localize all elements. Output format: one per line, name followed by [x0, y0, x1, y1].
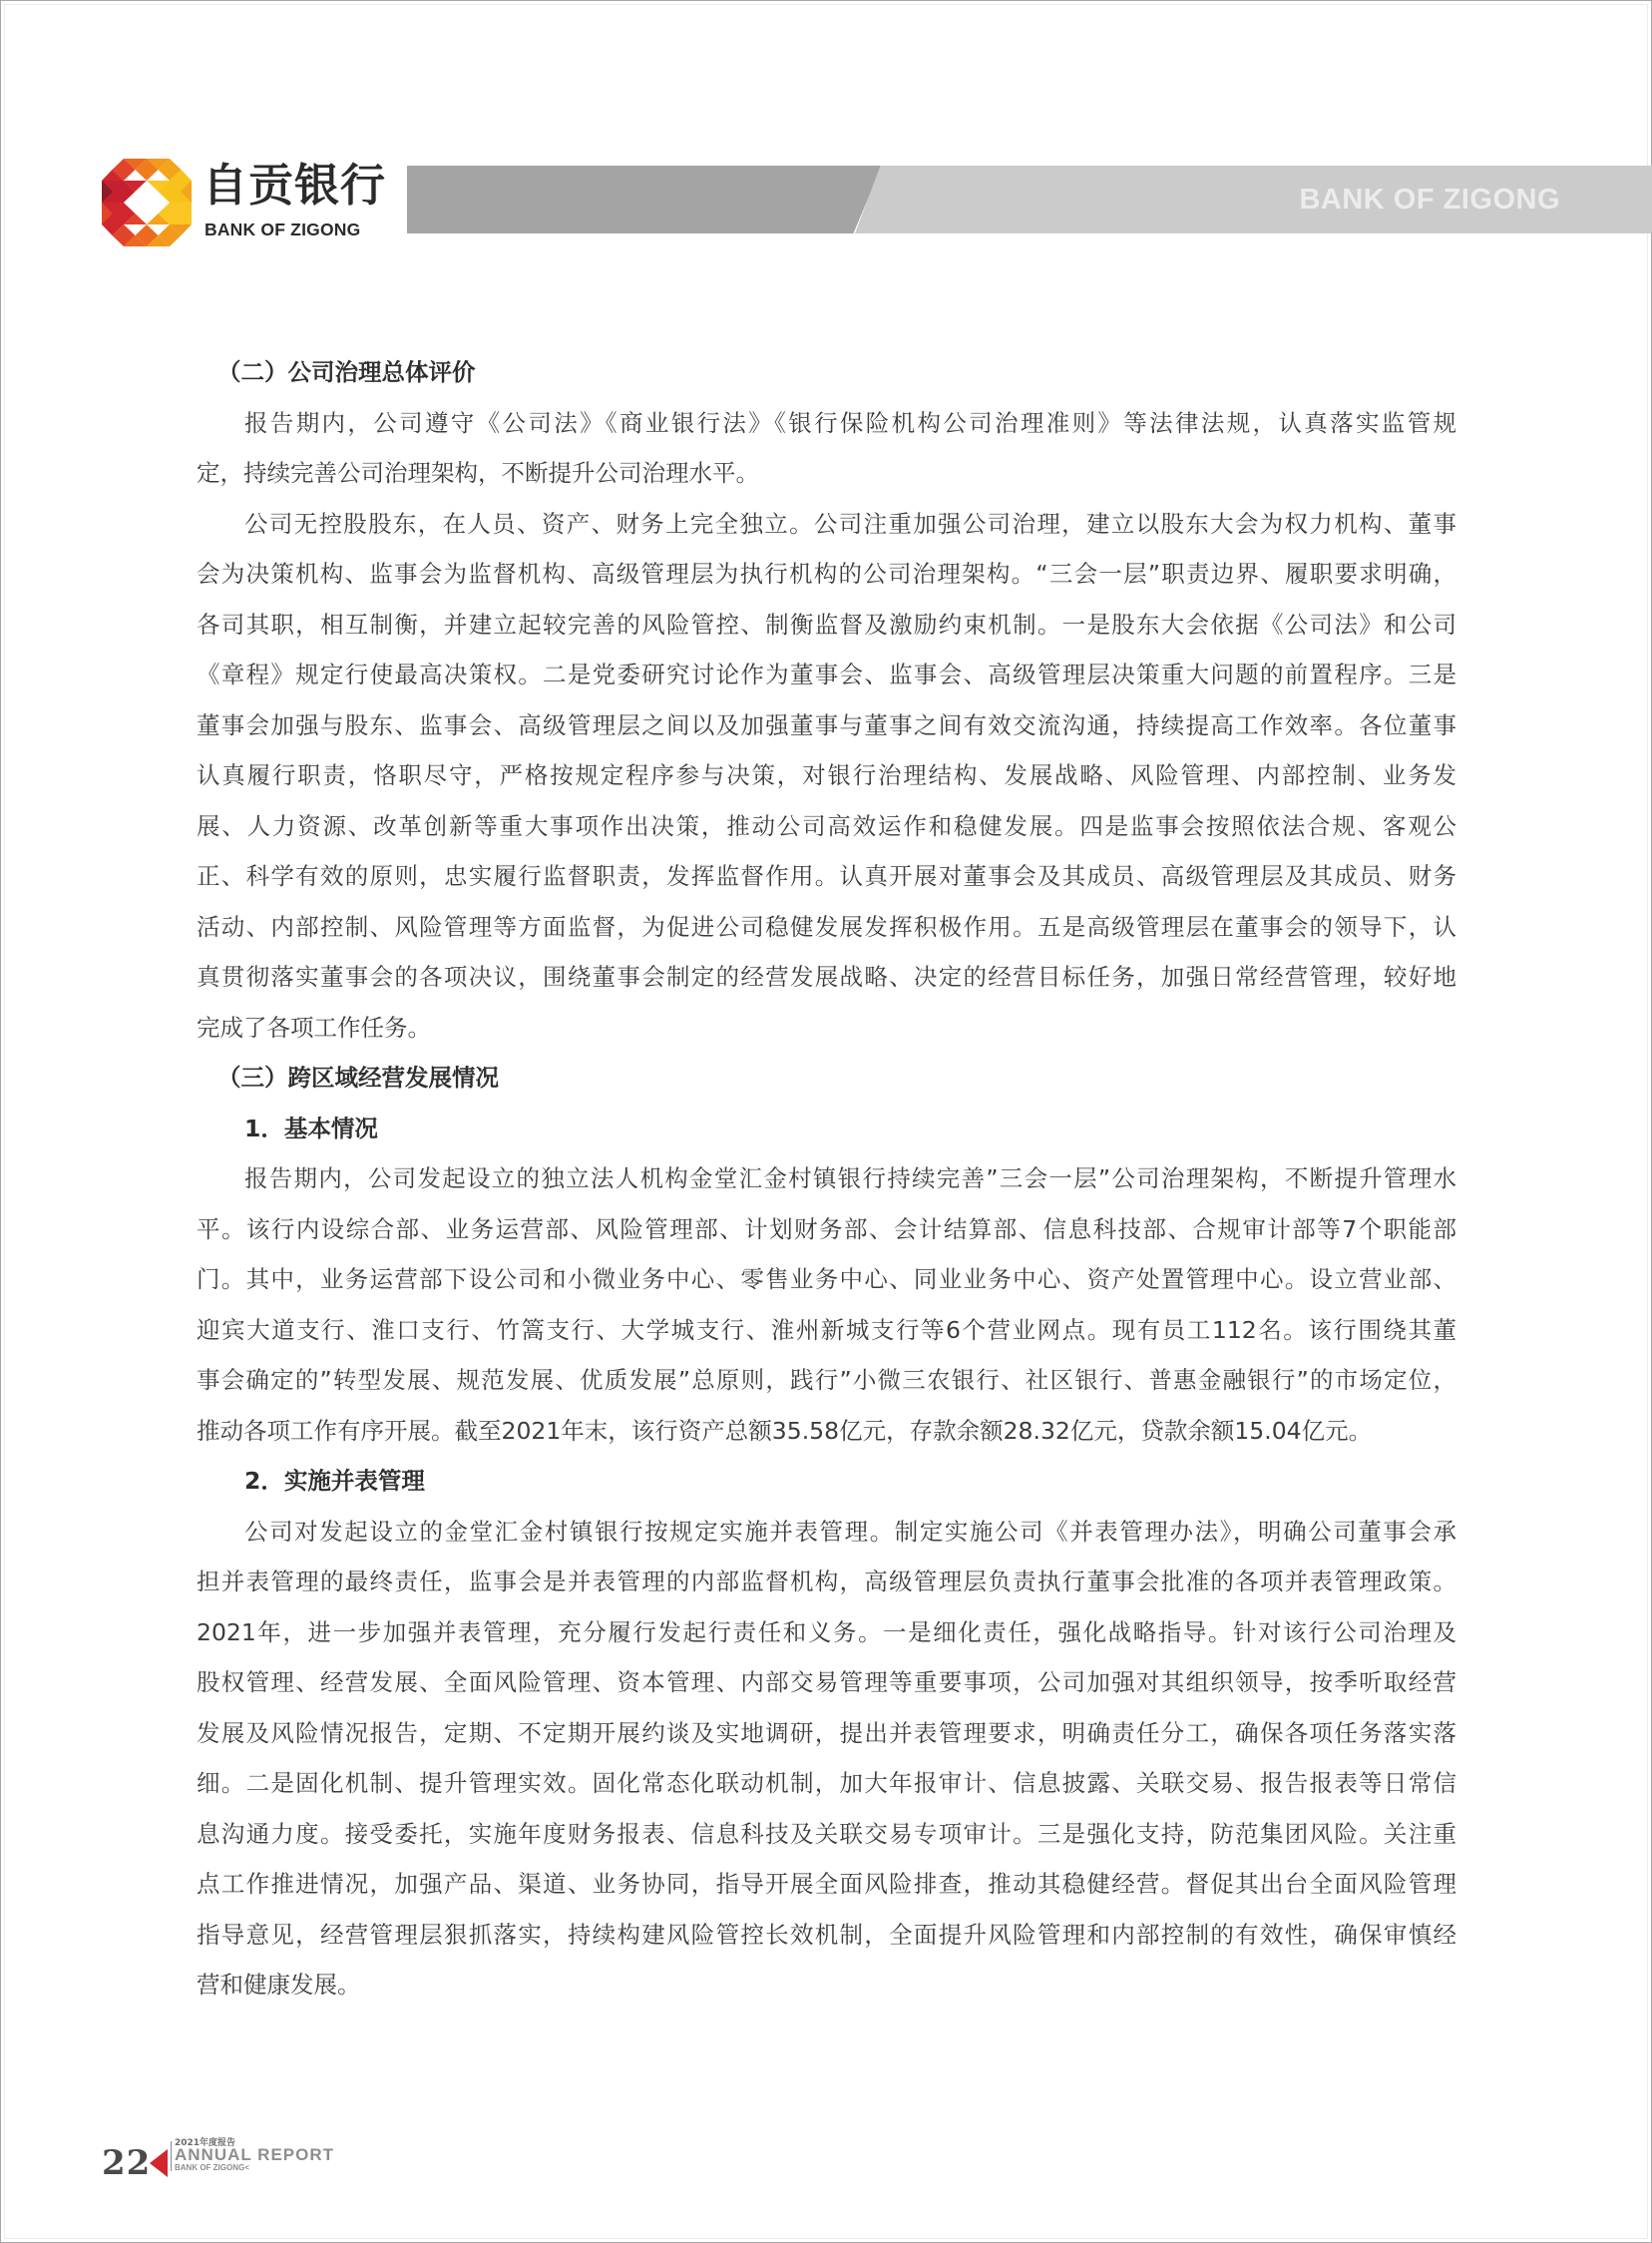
text-line: 报告期内，公司遵守《公司法》《商业银行法》《银行保险机构公司治理准则》等法律法规…: [197, 398, 1456, 449]
text-line: 认真履行职责，恪职尽守，严格按规定程序参与决策，对银行治理结构、发展战略、风险管…: [197, 750, 1456, 801]
text-line: 发展及风险情况报告，定期、不定期开展约谈及实地调研，提出并表管理要求，明确责任分…: [197, 1708, 1456, 1759]
text-line: 推动各项工作有序开展。截至2021年末，该行资产总额35.58亿元，存款余额28…: [197, 1406, 1456, 1457]
section-heading-governance-evaluation: （二）公司治理总体评价: [197, 347, 1456, 398]
bank-logo-icon: [102, 159, 192, 246]
text-line: 事会确定的”转型发展、规范发展、优质发展”总原则，践行”小微三农银行、社区银行、…: [197, 1355, 1456, 1406]
page-number: 22: [102, 2145, 151, 2181]
text-line: 细。二是固化机制、提升管理实效。固化常态化联动机制，加大年报审计、信息披露、关联…: [197, 1758, 1456, 1809]
text-line: 《章程》规定行使最高决策权。二是党委研究讨论作为董事会、监事会、高级管理层决策重…: [197, 650, 1456, 700]
text-line: 展、人力资源、改革创新等重大事项作出决策，推动公司高效运作和稳健发展。四是监事会…: [197, 801, 1456, 852]
header-band-text: BANK OF ZIGONG: [1299, 181, 1560, 219]
paragraph-governance-structure: 公司无控股股东，在人员、资产、财务上完全独立。公司注重加强公司治理，建立以股东大…: [197, 499, 1456, 1054]
text-line: 公司对发起设立的金堂汇金村镇银行按规定实施并表管理。制定实施公司《并表管理办法》…: [197, 1507, 1456, 1558]
paragraph-governance-compliance: 报告期内，公司遵守《公司法》《商业银行法》《银行保险机构公司治理准则》等法律法规…: [197, 398, 1456, 499]
text-line: 完成了各项工作任务。: [197, 1003, 1456, 1054]
text-line: 各司其职，相互制衡，并建立起较完善的风险管控、制衡监督及激励约束机制。一是股东大…: [197, 600, 1456, 651]
text-line: 公司无控股股东，在人员、资产、财务上完全独立。公司注重加强公司治理，建立以股东大…: [197, 499, 1456, 550]
text-line: 定，持续完善公司治理架构，不断提升公司治理水平。: [197, 448, 1456, 499]
text-line: 点工作推进情况，加强产品、渠道、业务协同，指导开展全面风险排查，推动其稳健经营。…: [197, 1859, 1456, 1910]
paragraph-village-bank-overview: 报告期内，公司发起设立的独立法人机构金堂汇金村镇银行持续完善”三会一层”公司治理…: [197, 1153, 1456, 1456]
logo-english-name: BANK OF ZIGONG: [205, 218, 360, 241]
text-line: 报告期内，公司发起设立的独立法人机构金堂汇金村镇银行持续完善”三会一层”公司治理…: [197, 1153, 1456, 1204]
paragraph-consolidated-management: 公司对发起设立的金堂汇金村镇银行按规定实施并表管理。制定实施公司《并表管理办法》…: [197, 1507, 1456, 2011]
text-line: 指导意见，经营管理层狠抓落实，持续构建风险管控长效机制，全面提升风险管理和内部控…: [197, 1910, 1456, 1961]
text-line: 会为决策机构、监事会为监督机构、高级管理层为执行机构的公司治理架构。“三会一层”…: [197, 549, 1456, 600]
text-line: 股权管理、经营发展、全面风险管理、资本管理、内部交易管理等重要事项，公司加强对其…: [197, 1657, 1456, 1708]
footer-bank-name: BANK OF ZIGONG<: [175, 2163, 249, 2172]
page-footer: 22 2021年度报告 ANNUAL REPORT BANK OF ZIGONG…: [100, 2141, 399, 2191]
footer-report-title-en: ANNUAL REPORT: [175, 2146, 334, 2164]
subheading-consolidated-management: 2．实施并表管理: [197, 1456, 1456, 1507]
text-line: 营和健康发展。: [197, 1960, 1456, 2011]
text-line: 平。该行内设综合部、业务运营部、风险管理部、计划财务部、会计结算部、信息科技部、…: [197, 1204, 1456, 1255]
text-line: 息沟通力度。接受委托，实施年度财务报表、信息科技及关联交易专项审计。三是强化支持…: [197, 1809, 1456, 1860]
text-line: 迎宾大道支行、淮口支行、竹篙支行、大学城支行、淮州新城支行等6个营业网点。现有员…: [197, 1305, 1456, 1356]
text-line: 真贯彻落实董事会的各项决议，围绕董事会制定的经营发展战略、决定的经营目标任务，加…: [197, 952, 1456, 1003]
triangle-left-icon: [150, 2149, 168, 2177]
header-band-dark: [407, 166, 882, 233]
text-line: 2021年，进一步加强并表管理，充分履行发起行责任和义务。一是细化责任，强化战略…: [197, 1607, 1456, 1658]
footer-divider: [171, 2141, 172, 2171]
text-line: 活动、内部控制、风险管理等方面监督，为促进公司稳健发展发挥积极作用。五是高级管理…: [197, 902, 1456, 953]
page-header: 自贡银行 BANK OF ZIGONG BANK OF ZIGONG: [0, 0, 1652, 259]
report-content: （二）公司治理总体评价 报告期内，公司遵守《公司法》《商业银行法》《银行保险机构…: [197, 347, 1456, 2011]
text-line: 董事会加强与股东、监事会、高级管理层之间以及加强董事与董事之间有效交流沟通，持续…: [197, 700, 1456, 751]
section-heading-cross-region: （三）跨区域经营发展情况: [197, 1053, 1456, 1104]
subheading-basic-situation: 1．基本情况: [197, 1104, 1456, 1154]
logo-chinese-name: 自贡银行: [203, 158, 386, 214]
text-line: 担并表管理的最终责任，监事会是并表管理的内部监督机构，高级管理层负责执行董事会批…: [197, 1557, 1456, 1607]
text-line: 正、科学有效的原则，忠实履行监督职责，发挥监督作用。认真开展对董事会及其成员、高…: [197, 851, 1456, 902]
text-line: 门。其中，业务运营部下设公司和小微业务中心、零售业务中心、同业业务中心、资产处置…: [197, 1254, 1456, 1305]
